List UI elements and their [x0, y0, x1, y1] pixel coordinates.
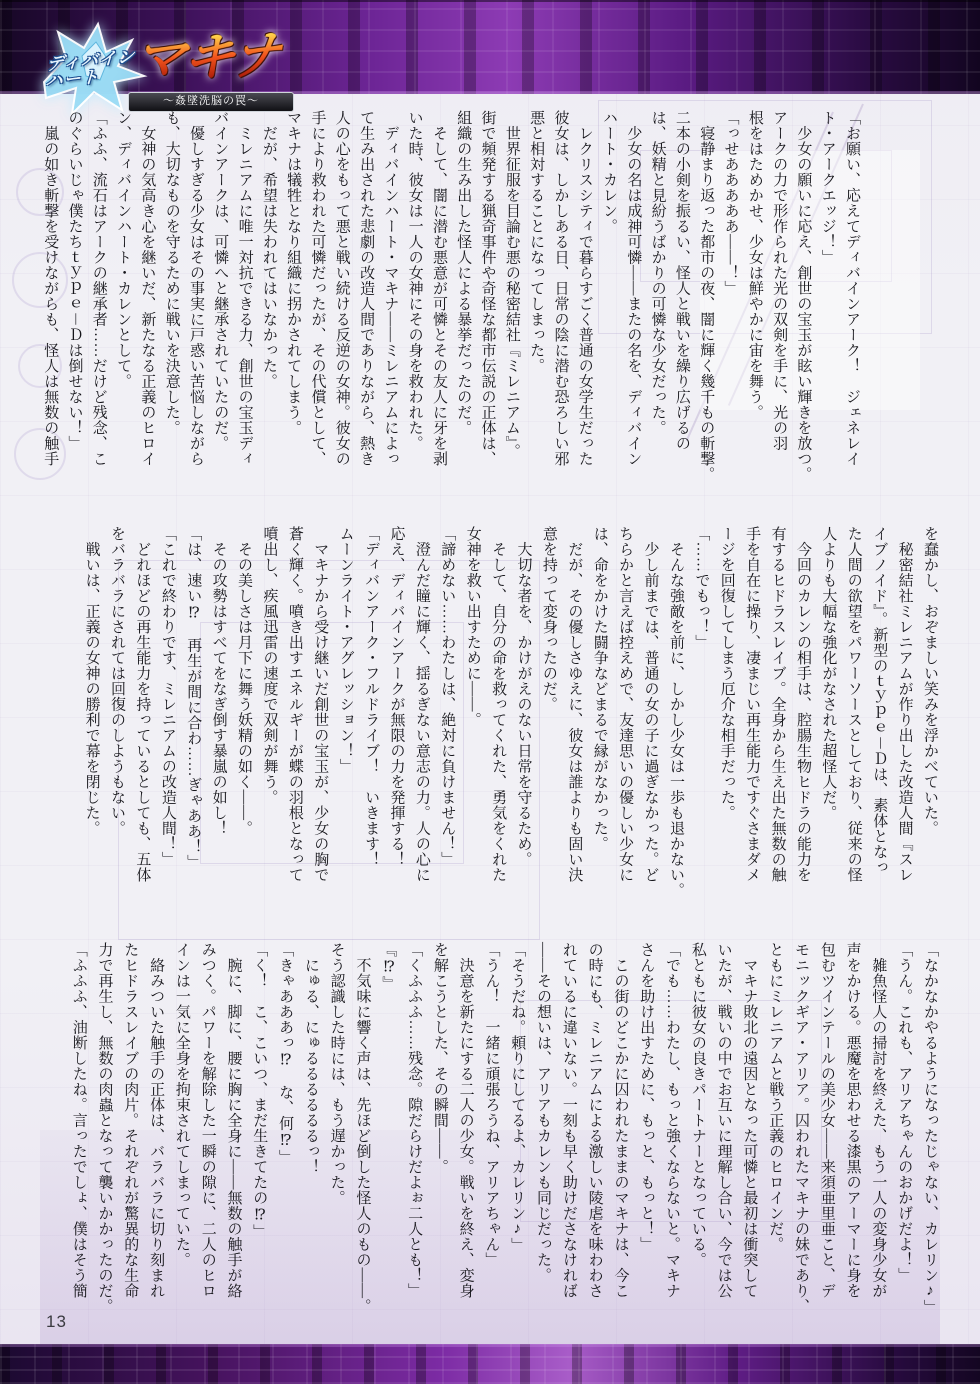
logo-subtitle: ～姦墜洗脳の罠～: [128, 92, 294, 112]
text-column: 決意を新たにする二人の少女。戦いを終え、変身: [452, 942, 478, 1352]
text-column: マキナは犠牲となり組織に拐かされてしまう。: [281, 110, 305, 526]
text-column: 「ふふ、流石はアークの継承者……だけど残念、こ: [87, 110, 111, 526]
text-column: 腕に、脚に、腰に胸に全身に――無数の触手が絡: [220, 942, 246, 1352]
text-column: みつく。パワーを解除した一瞬の隙に、二人のヒロ: [194, 942, 220, 1352]
text-column: 世界征服を目論む悪の秘密結社『ミレニアム』。: [500, 110, 524, 526]
text-column: そう認識した時には、もう遅かった。: [323, 942, 349, 1352]
text-column: いたが、戦いの中でお互いに理解し合い、今では公: [710, 942, 736, 1352]
text-column: 秘密結社ミレニアムが作り出した改造人間『スレ: [891, 526, 916, 944]
bottom-banner: [0, 1344, 980, 1384]
text-column: も、大切なものを守るために戦いを決意した。: [159, 110, 183, 526]
text-column: ージを回復してしまう厄介な相手だった。: [713, 526, 738, 944]
text-column: この街のどこかに囚われたままのマキナは、今こ: [607, 942, 633, 1352]
story-text-band-3: 「なかなかやるようになったじゃない、カレリン♪」「うん。これも、アリアちゃんのお…: [65, 942, 942, 1352]
text-column: 「これで終わりです、ミレニアムの改造人間！」: [154, 526, 179, 944]
text-column: イブノイド』。新型のｔｙｐｅ－Ｄは、素体となっ: [866, 526, 891, 944]
text-column: 「そうだね。頼りにしてるよ、カレリン♪」: [503, 942, 529, 1352]
text-column: 戦いは、正義の女神の勝利で幕を閉じた。: [78, 526, 103, 944]
text-column: どれほどの再生能力を持っているとしても、五体: [129, 526, 154, 944]
text-column: 女神を救い出すために――。: [459, 526, 484, 944]
text-column: 人よりも大幅な強化がなされた超怪人だ。: [815, 526, 840, 944]
text-column: だが、希望は失われてはいなかった。: [257, 110, 281, 526]
text-column: その攻勢はすべてをなぎ倒す暴嵐の如し！: [205, 526, 230, 944]
text-column: 根をはためかせ、少女は鮮やかに宙を舞う。: [743, 110, 767, 526]
text-column: を蠢かし、おぞましい笑みを浮かべていた。: [917, 526, 942, 944]
text-column: ――その想いは、アリアもカレンも同じだった。: [529, 942, 555, 1352]
text-column: 『⁉』: [374, 942, 400, 1352]
text-column: 「お願い、応えてディバインアーク！ ジェネレイ: [840, 110, 864, 526]
text-column: れているに違いない。一刻も早く助けださなければ: [555, 942, 581, 1352]
text-column: 有するヒドラスレイブ。全身から生え出た無数の触: [764, 526, 789, 944]
story-text-band-2: を蠢かし、おぞましい笑みを浮かべていた。 秘密結社ミレニアムが作り出した改造人間…: [78, 526, 942, 944]
text-column: 手により救われた可憐だったが、その代償として、: [305, 110, 329, 526]
text-column: 寝静まり返った都市の夜、闇に輝く幾千もの斬撃。: [694, 110, 718, 526]
text-column: 声をかける。悪魔を思わせる漆黒のアーマーに身を: [839, 942, 865, 1352]
text-column: マキナ敗北の遠因となった可憐と最初は衝突して: [736, 942, 762, 1352]
text-column: て生み出された悲劇の改造人間でありながら、熱き: [354, 110, 378, 526]
text-column: 悪と相対することになってしまった。: [524, 110, 548, 526]
text-column: 「ふふふ、油断したね。言ったでしょ、僕はそう簡: [65, 942, 91, 1352]
text-column: 絡みついた触手の正体は、バラバラに切り刻まれ: [142, 942, 168, 1352]
text-column: 「うん！ 一緒に頑張ろうね、アリアちゃん」: [478, 942, 504, 1352]
text-column: だが、その優しさゆえに、彼女は誰よりも固い決: [561, 526, 586, 944]
text-column: ハート・カレン。: [597, 110, 621, 526]
text-column: そんな強敵を前に、しかし少女は一歩も退かない。: [663, 526, 688, 944]
text-column: 雑魚怪人の掃討を終えた、もう一人の変身少女が: [865, 942, 891, 1352]
text-column: そして、自分の命を救ってくれた、勇気をくれた: [485, 526, 510, 944]
text-column: 女神の気高き心を継いだ、新たなる正義のヒロイ: [135, 110, 159, 526]
text-column: 大切な者を、かけがえのない日常を守るため。: [510, 526, 535, 944]
text-column: にゅる、にゅるるるるるるっ！: [297, 942, 323, 1352]
logo-main-title: マキナ: [130, 29, 285, 86]
text-column: 「うん。これも、アリアちゃんのおかげだよ！」: [890, 942, 916, 1352]
text-column: 「ディバンアーク・フルドライブ！ いきます！: [358, 526, 383, 944]
text-column: 彼女は、しかしある日、日常の陰に潜む恐ろしい邪: [548, 110, 572, 526]
text-column: 少女の願いに応え、創世の宝玉が眩い輝きを放つ。: [791, 110, 815, 526]
text-column: マキナから受け継いだ創世の宝玉が、少女の胸で: [307, 526, 332, 944]
text-column: ディバインハート・マキナ――ミレニアムによっ: [378, 110, 402, 526]
text-column: 「きゃあああっ⁉ な、何⁉」: [271, 942, 297, 1352]
text-column: 優しすぎる少女はその事実に戸惑い苦悩しながら: [184, 110, 208, 526]
page-number: 13: [46, 1312, 67, 1332]
story-text-band-1: 「お願い、応えてディバインアーク！ ジェネレイト・アークエッジ！」 少女の願いに…: [38, 110, 864, 526]
text-column: 「諦めない……わたしは、絶対に負けません！」: [434, 526, 459, 944]
text-column: 「でも……わたし、もっと強くならないと。マキナ: [658, 942, 684, 1352]
text-column: 私ともに彼女の良きパートナーとなっている。: [684, 942, 710, 1352]
text-column: そして、闇に潜む悪意が可憐とその友人に牙を剥: [427, 110, 451, 526]
page: ディバイン ハート マキナ ～姦墜洗脳の罠～ 「お願い、応えてディバインアーク！…: [0, 0, 980, 1384]
text-column: 澄んだ瞳に輝く、揺るぎない意志の力。人の心に: [408, 526, 433, 944]
text-column: 包むツインテールの美少女――来須亜里亜こと、デ: [813, 942, 839, 1352]
text-column: インは一気に全身を拘束されてしまっていた。: [168, 942, 194, 1352]
text-column: 「は、速い⁉ 再生が間に合わ……ぎゃああ！」: [180, 526, 205, 944]
text-column: アークの力で形作られた光の双剣を手に、光の羽: [767, 110, 791, 526]
text-column: 不気味に響く声は、先ほど倒した怪人のもの――。: [349, 942, 375, 1352]
text-column: 少し前までは、普通の女の子に過ぎなかった。ど: [637, 526, 662, 944]
logo: ディバイン ハート マキナ ～姦墜洗脳の罠～: [36, 18, 316, 118]
text-column: 手を自在に操り、凄まじい再生能力ですぐさまダメ: [739, 526, 764, 944]
text-column: 今回のカレンの相手は、腔腸生物ヒドラの能力を: [790, 526, 815, 944]
text-column: 嵐の如き斬撃を受けながらも、怪人は無数の触手: [38, 110, 62, 526]
text-column: は、命をかけた闘争などまるで縁がなかった。: [586, 526, 611, 944]
text-column: その美しさは月下に舞う妖精の如く――。: [231, 526, 256, 944]
text-column: バインアークは、可憐へと継承されていたのだ。: [208, 110, 232, 526]
text-column: ン、ディバインハート・カレンとして。: [111, 110, 135, 526]
text-column: の時にも、ミレニアムによる激しい陵虐を味わわさ: [581, 942, 607, 1352]
text-column: ト・アークエッジ！」: [815, 110, 839, 526]
text-column: 力で再生し、無数の肉蟲となって襲いかかったのだ。: [91, 942, 117, 1352]
text-column: を解こうとした、その瞬間――。: [426, 942, 452, 1352]
text-column: 「く！ こ、こいつ、まだ生きてたの⁉」: [245, 942, 271, 1352]
text-column: 蒼く輝く。噴き出すエネルギーが蝶の羽根となって: [281, 526, 306, 944]
text-column: 人の心をもって悪と戦い続ける反逆の女神。彼女の: [329, 110, 353, 526]
text-column: 「……でもっ！」: [688, 526, 713, 944]
text-column: ムーンライト・アグレッション！」: [332, 526, 357, 944]
text-column: さんを助け出すために、もっと、もっと！」: [632, 942, 658, 1352]
text-column: たヒドラスレイブの肉片。それぞれが驚異的な生命: [117, 942, 143, 1352]
text-column: レクリスシティで暮らすごく普通の女学生だった: [572, 110, 596, 526]
text-column: ともにミレニアムと戦う正義のヒロインだ。: [761, 942, 787, 1352]
text-column: 「っせあああああ――！」: [718, 110, 742, 526]
text-column: ちらかと言えば控えめで、友達思いの優しい少女に: [612, 526, 637, 944]
text-column: 「くふふふ……残念。隙だらけだよぉ二人とも！」: [400, 942, 426, 1352]
text-column: いた時、彼女は一人の女神にその身を救われた。: [402, 110, 426, 526]
text-column: た人間の欲望をパワーソースとしており、従来の怪: [840, 526, 865, 944]
text-column: のぐらいじゃ僕たちｔｙｐｅ－Ｄは倒せない！」: [62, 110, 86, 526]
text-column: モニックギア・アリア。囚われたマキナの妹であり、: [787, 942, 813, 1352]
text-column: をバラバラにされては回復のしようもない。: [104, 526, 129, 944]
text-column: 意を持って変身ったのだ。: [536, 526, 561, 944]
text-column: は、妖精と見紛うばかりの可憐な少女だった。: [645, 110, 669, 526]
text-column: 応え、ディバインアークが無限の力を発揮する！: [383, 526, 408, 944]
text-column: 噴出し、疾風迅雷の速度で双剣が舞う。: [256, 526, 281, 944]
text-column: 「なかなかやるようになったじゃない、カレリン♪」: [916, 942, 942, 1352]
text-column: ミレニアムに唯一対抗できる力、創世の宝玉ディ: [232, 110, 256, 526]
text-column: 組織の生み出した怪人による暴挙だったのだ。: [451, 110, 475, 526]
text-column: 街で頻発する猟奇事件や奇怪な都市伝説の正体は、: [475, 110, 499, 526]
text-column: 少女の名は成神可憐――またの名を、ディバイン: [621, 110, 645, 526]
text-column: 二本の小剣を振るい、怪人と戦いを繰り広げるの: [670, 110, 694, 526]
